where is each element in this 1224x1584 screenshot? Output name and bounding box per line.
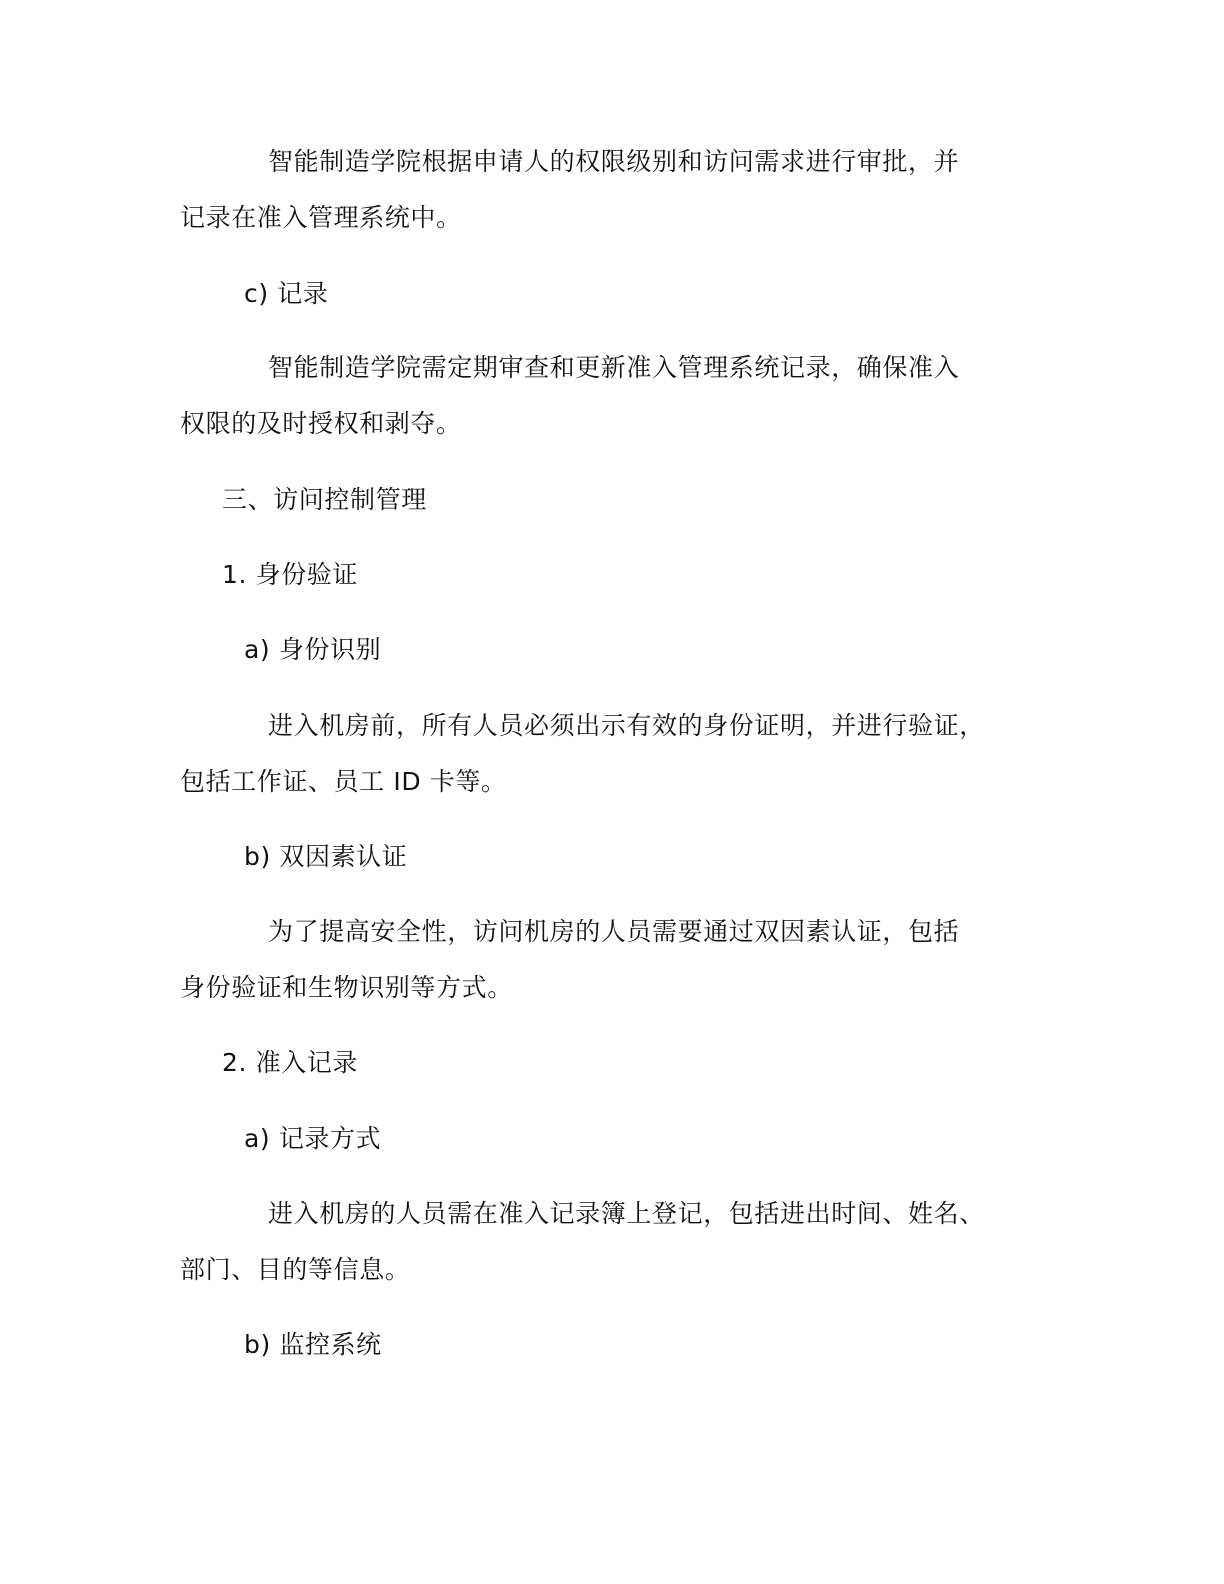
subheading-monitoring-system: b) 监控系统	[244, 1329, 382, 1361]
heading-identity-verification: 1. 身份验证	[222, 559, 358, 591]
heading-access-records: 2. 准入记录	[222, 1047, 358, 1079]
subheading-record: c) 记录	[244, 278, 328, 310]
paragraph-2fa-line1: 为了提高安全性，访问机房的人员需要通过双因素认证，包括	[268, 916, 959, 948]
subheading-two-factor: b) 双因素认证	[244, 841, 407, 873]
paragraph-review-line1: 智能制造学院需定期审查和更新准入管理系统记录，确保准入	[268, 352, 959, 384]
section-heading-access-control: 三、访问控制管理	[222, 484, 427, 516]
paragraph-id-line2: 包括工作证、员工 ID 卡等。	[180, 766, 507, 798]
paragraph-id-line1: 进入机房前，所有人员必须出示有效的身份证明，并进行验证，	[268, 710, 985, 742]
paragraph-2fa-line2: 身份验证和生物识别等方式。	[180, 972, 513, 1004]
subheading-record-method: a) 记录方式	[244, 1123, 381, 1155]
paragraph-approval-line2: 记录在准入管理系统中。	[180, 202, 462, 234]
paragraph-review-line2: 权限的及时授权和剥夺。	[180, 408, 462, 440]
paragraph-logbook-line2: 部门、目的等信息。	[180, 1254, 410, 1286]
paragraph-logbook-line1: 进入机房的人员需在准入记录簿上登记，包括进出时间、姓名、	[268, 1198, 985, 1230]
subheading-identity-recognition: a) 身份识别	[244, 634, 381, 666]
paragraph-approval-line1: 智能制造学院根据申请人的权限级别和访问需求进行审批，并	[268, 146, 959, 178]
